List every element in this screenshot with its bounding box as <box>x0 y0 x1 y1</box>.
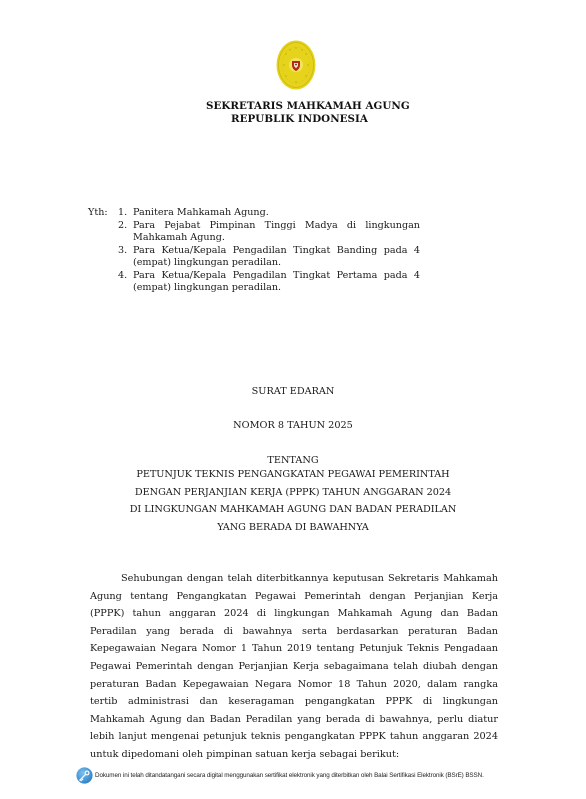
recipient-item: 3. Para Ketua/Kepala Pengadilan Tingkat … <box>118 245 420 270</box>
recipient-number: 3. <box>118 245 127 258</box>
document-type: SURAT EDARAN <box>0 386 586 397</box>
digital-signature-key-icon <box>76 767 93 784</box>
document-number: NOMOR 8 TAHUN 2025 <box>0 420 586 431</box>
digital-signature-footer: Dokumen ini telah ditandatangani secara … <box>76 765 484 785</box>
subject-line: YANG BERADA DI BAWAHNYA <box>0 522 586 533</box>
body-paragraph: Sehubungan dengan telah diterbitkannya k… <box>90 570 498 764</box>
recipient-number: 1. <box>118 207 127 220</box>
recipient-item: 4. Para Ketua/Kepala Pengadilan Tingkat … <box>118 270 420 295</box>
recipient-item: 2. Para Pejabat Pimpinan Tinggi Madya di… <box>118 220 420 245</box>
subject-line: PETUNJUK TEKNIS PENGANGKATAN PEGAWAI PEM… <box>0 469 586 480</box>
about-label: TENTANG <box>0 455 586 466</box>
recipient-text: Para Ketua/Kepala Pengadilan Tingkat Per… <box>133 270 420 295</box>
subject-line: DENGAN PERJANJIAN KERJA (PPPK) TAHUN ANG… <box>0 487 586 498</box>
recipient-list: 1. Panitera Mahkamah Agung. 2. Para Peja… <box>118 207 420 295</box>
recipient-text: Para Ketua/Kepala Pengadilan Tingkat Ban… <box>133 245 420 270</box>
recipient-number: 2. <box>118 220 127 233</box>
recipient-item: 1. Panitera Mahkamah Agung. <box>118 207 420 220</box>
recipient-text: Para Pejabat Pimpinan Tinggi Madya di li… <box>133 220 420 245</box>
subject-line: DI LINGKUNGAN MAHKAMAH AGUNG DAN BADAN P… <box>0 504 586 515</box>
document-page: SEKRETARIS MAHKAMAH AGUNG REPUBLIK INDON… <box>0 0 586 799</box>
recipient-number: 4. <box>118 270 127 283</box>
addressee-label: Yth: <box>88 207 108 218</box>
issuer-subtitle: REPUBLIK INDONESIA <box>231 113 586 125</box>
mahkamah-agung-emblem-icon <box>276 40 316 90</box>
issuer-title: SEKRETARIS MAHKAMAH AGUNG <box>206 100 586 112</box>
recipient-text: Panitera Mahkamah Agung. <box>133 207 420 220</box>
digital-signature-notice: Dokumen ini telah ditandatangani secara … <box>95 772 484 779</box>
